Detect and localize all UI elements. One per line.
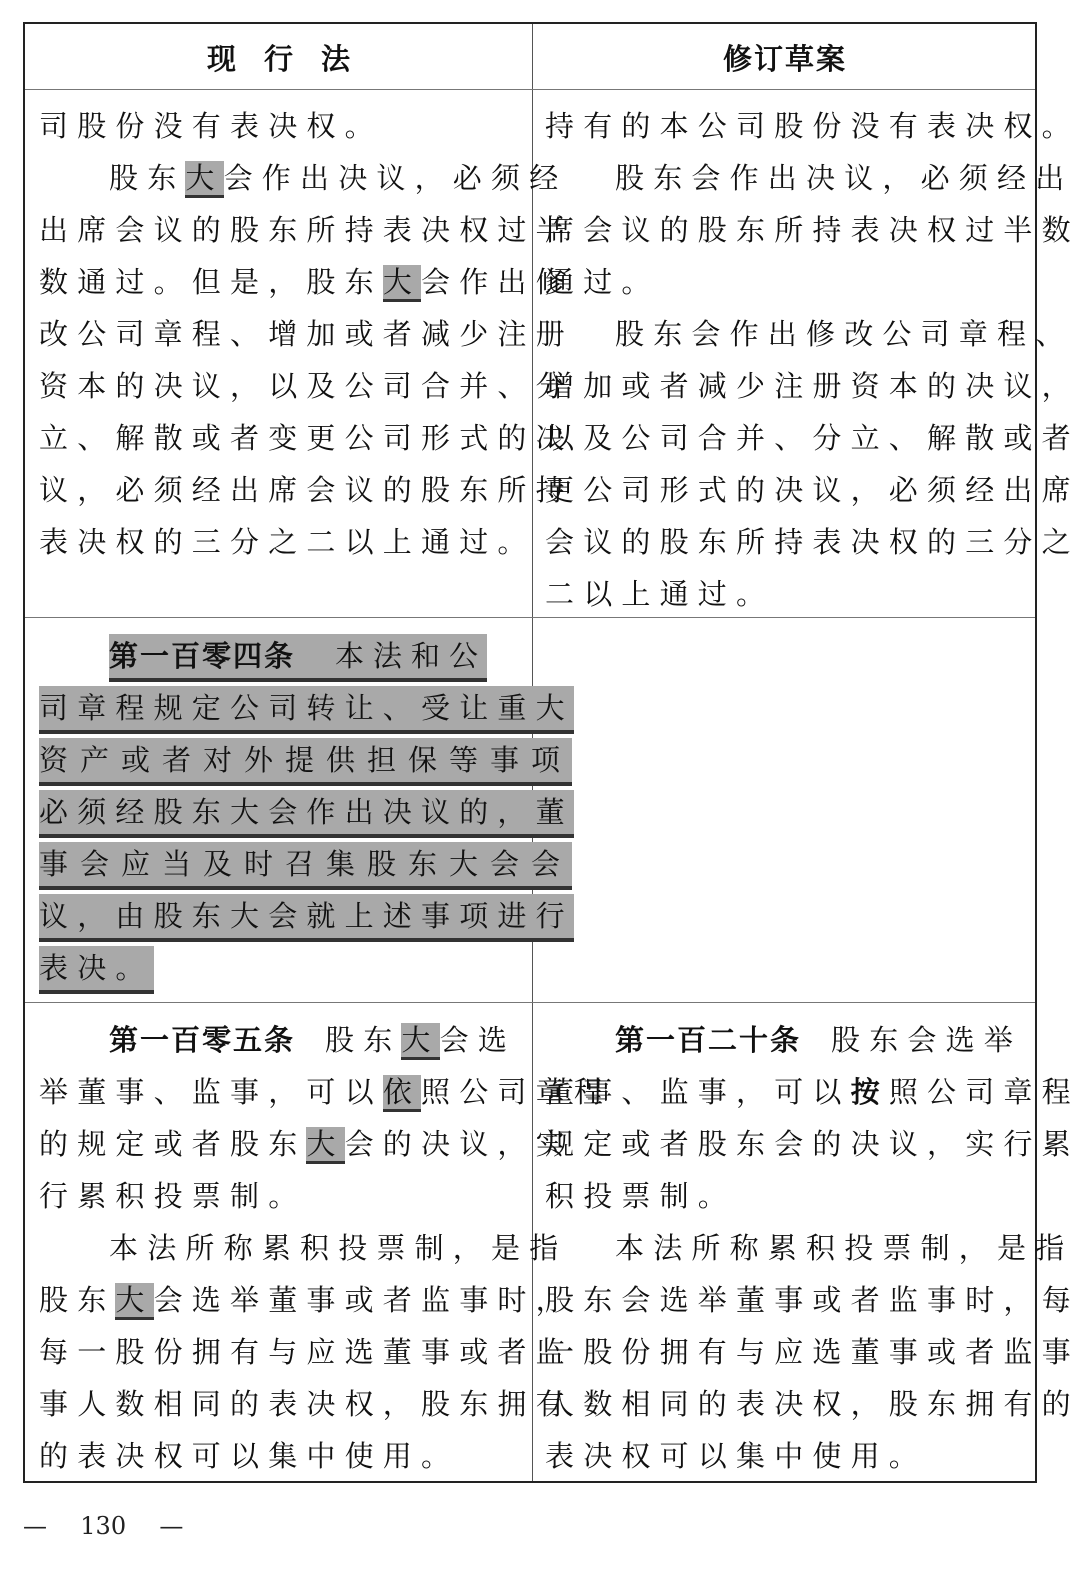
text-line: 第一百零四条本法和公 [39, 630, 519, 682]
highlight-deleted-char: 大 [383, 265, 421, 302]
text-line: 股东大会作出决议，必须经 [39, 152, 519, 204]
text-line: 举董事、监事，可以依照公司章程 [39, 1066, 519, 1118]
text-line: 规定或者股东会的决议，实行累 [545, 1118, 1027, 1170]
text-line: 表决权的三分之二以上通过。 [39, 516, 519, 568]
text-line: 股东会作出决议，必须经出 [545, 152, 1027, 204]
row3-revised-draft: 第一百二十条股东会选举 董事、监事，可以按照公司章程的 规定或者股东会的决议，实… [545, 1014, 1027, 1482]
highlight-changed-char: 依 [383, 1075, 421, 1112]
row1-revised-draft: 持有的本公司股份没有表决权。 股东会作出决议，必须经出 席会议的股东所持表决权过… [545, 100, 1027, 620]
text-line: 二以上通过。 [545, 568, 1027, 620]
text-line: 会议的股东所持表决权的三分之 [545, 516, 1027, 568]
text-line: 议，由股东大会就上述事项进行 [39, 890, 519, 942]
text-line: 事人数相同的表决权，股东拥有 [39, 1378, 519, 1430]
text-line: 积投票制。 [545, 1170, 1027, 1222]
text-line: 更公司形式的决议，必须经出席 [545, 464, 1027, 516]
text-line: 出席会议的股东所持表决权过半 [39, 204, 519, 256]
text-line: 股东会作出修改公司章程、 [545, 308, 1027, 360]
text-line: 股东大会选举董事或者监事时， [39, 1274, 519, 1326]
text-line: 本法所称累积投票制，是指 [545, 1222, 1027, 1274]
header-current-law: 现行法 [25, 24, 532, 90]
text-line: 增加或者减少注册资本的决议， [545, 360, 1027, 412]
highlight-deleted-char: 大 [401, 1023, 439, 1060]
text-line: 行累积投票制。 [39, 1170, 519, 1222]
text-line: 必须经股东大会作出决议的，董 [39, 786, 519, 838]
text-line: 第一百零五条股东大会选 [39, 1014, 519, 1066]
text-line: 人数相同的表决权，股东拥有的 [545, 1378, 1027, 1430]
highlight-deleted-char: 大 [306, 1127, 344, 1164]
footer-dash-right: — [159, 1512, 183, 1540]
text-line: 股东会选举董事或者监事时，每 [545, 1274, 1027, 1326]
article-number: 第一百零五条 [109, 1023, 295, 1057]
row-divider-2 [25, 1002, 1035, 1003]
text-line: 持有的本公司股份没有表决权。 [545, 100, 1027, 152]
row2-current-law-deleted-article: 第一百零四条本法和公 司章程规定公司转让、受让重大 资产或者对外提供担保等事项 … [39, 630, 519, 994]
text-line: 一股份拥有与应选董事或者监事 [545, 1326, 1027, 1378]
text-line: 席会议的股东所持表决权过半数 [545, 204, 1027, 256]
text-line: 表决。 [39, 942, 519, 994]
text-line: 资本的决议，以及公司合并、分 [39, 360, 519, 412]
bold-changed-char: 按 [851, 1075, 889, 1109]
page-footer: — 130 — [23, 1512, 183, 1540]
page-number: 130 [80, 1512, 126, 1540]
text-line: 司章程规定公司转让、受让重大 [39, 682, 519, 734]
row1-current-law: 司股份没有表决权。 股东大会作出决议，必须经 出席会议的股东所持表决权过半 数通… [39, 100, 519, 568]
text-line: 表决权可以集中使用。 [545, 1430, 1027, 1482]
text-line: 议，必须经出席会议的股东所持 [39, 464, 519, 516]
text-line: 数通过。但是，股东大会作出修 [39, 256, 519, 308]
text-line: 以及公司合并、分立、解散或者变 [545, 412, 1027, 464]
text-line: 的规定或者股东大会的决议，实 [39, 1118, 519, 1170]
comparison-table: 现行法 修订草案 司股份没有表决权。 股东大会作出决议，必须经 出席会议的股东所… [23, 22, 1037, 1483]
text-line: 本法所称累积投票制，是指 [39, 1222, 519, 1274]
text-line: 每一股份拥有与应选董事或者监 [39, 1326, 519, 1378]
footer-dash-left: — [23, 1512, 47, 1540]
text-line: 通过。 [545, 256, 1027, 308]
text-line: 立、解散或者变更公司形式的决 [39, 412, 519, 464]
text-line: 第一百二十条股东会选举 [545, 1014, 1027, 1066]
header-divider [25, 89, 1035, 90]
highlight-deleted-char: 大 [185, 161, 223, 198]
header-revised-draft: 修订草案 [533, 24, 1037, 90]
text-line: 改公司章程、增加或者减少注册 [39, 308, 519, 360]
text-line: 事会应当及时召集股东大会会 [39, 838, 519, 890]
text-line: 资产或者对外提供担保等事项 [39, 734, 519, 786]
text-line: 的表决权可以集中使用。 [39, 1430, 519, 1482]
highlight-deleted-char: 大 [115, 1283, 153, 1320]
text-line: 司股份没有表决权。 [39, 100, 519, 152]
text-line: 董事、监事，可以按照公司章程的 [545, 1066, 1027, 1118]
article-number: 第一百二十条 [615, 1023, 801, 1057]
row3-current-law: 第一百零五条股东大会选 举董事、监事，可以依照公司章程 的规定或者股东大会的决议… [39, 1014, 519, 1482]
article-number: 第一百零四条 [109, 639, 295, 673]
